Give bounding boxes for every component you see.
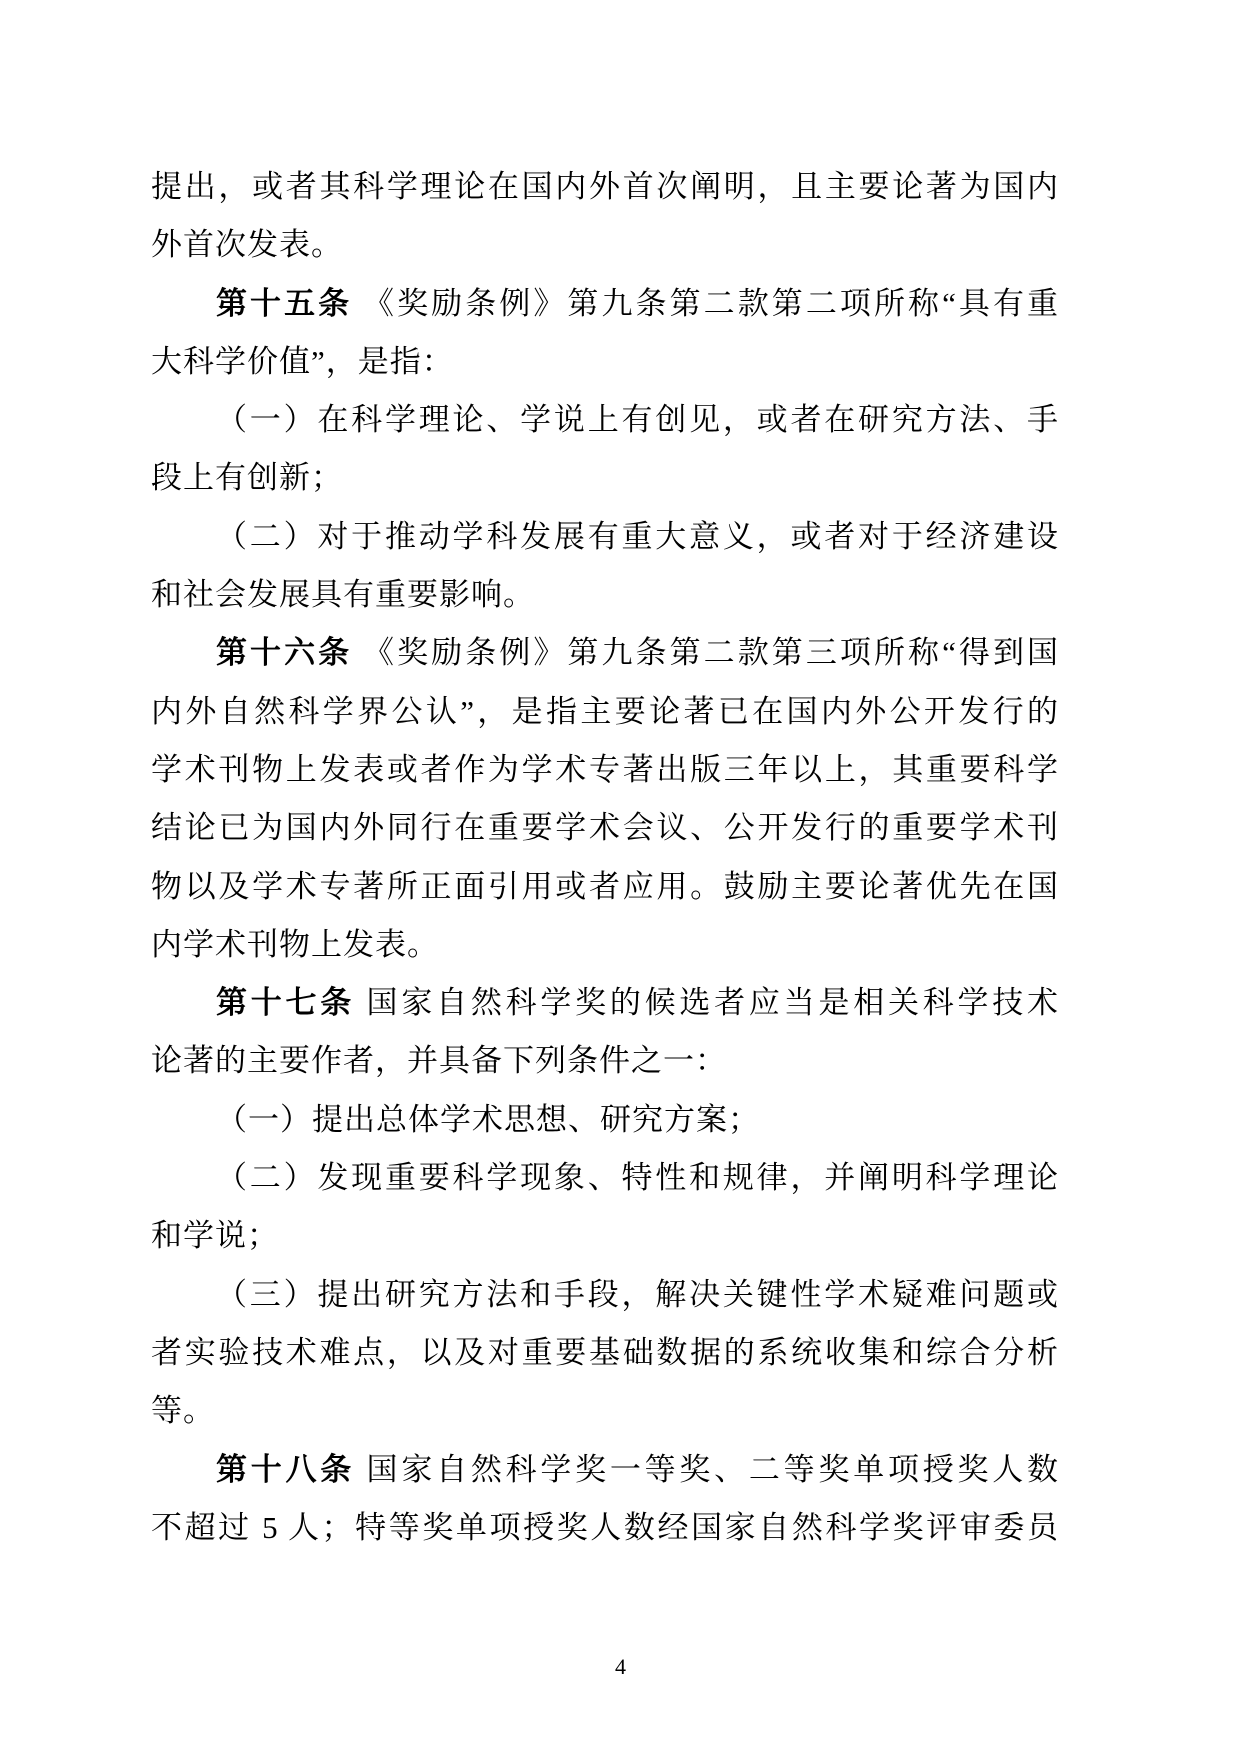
article-heading: 第十六条 [216,635,352,670]
text-line: 物以及学术专著所正面引用或者应用。鼓励主要论著优先在国 [151,858,1058,916]
text-line: （一）在科学理论、学说上有创见，或者在研究方法、手 [151,391,1058,449]
text-segment: 内学术刊物上发表。 [151,927,439,962]
text-line: 等。 [151,1382,1058,1440]
document-page: 提出，或者其科学理论在国内外首次阐明，且主要论著为国内外首次发表。第十五条 《奖… [0,0,1241,1754]
text-segment: 学术刊物上发表或者作为学术专著出版三年以上，其重要科学 [151,752,1058,787]
text-line: 和社会发展具有重要影响。 [151,566,1058,624]
article-heading: 第十七条 [216,985,355,1020]
text-segment: 者实验技术难点，以及对重要基础数据的系统收集和综合分析 [151,1335,1058,1370]
text-segment: （一）在科学理论、学说上有创见，或者在研究方法、手 [216,402,1058,437]
text-line: 学术刊物上发表或者作为学术专著出版三年以上，其重要科学 [151,741,1058,799]
text-segment: 提出，或者其科学理论在国内外首次阐明，且主要论著为国内 [151,169,1058,204]
text-segment: 不超过 5 人；特等奖单项授奖人数经国家自然科学奖评审委员 [151,1510,1058,1545]
text-segment: 《奖励条例》第九条第二款第三项所称“得到国 [352,635,1058,670]
text-line: 内学术刊物上发表。 [151,916,1058,974]
text-line: 第十七条 国家自然科学奖的候选者应当是相关科学技术 [151,974,1058,1032]
text-line: （二）发现重要科学现象、特性和规律，并阐明科学理论 [151,1149,1058,1207]
text-segment: 大科学价值”，是指： [151,344,454,379]
text-line: 大科学价值”，是指： [151,333,1058,391]
text-segment: 内外自然科学界公认”，是指主要论著已在国内外公开发行的 [151,694,1058,729]
page-number: 4 [0,1652,1241,1682]
document-body: 提出，或者其科学理论在国内外首次阐明，且主要论著为国内外首次发表。第十五条 《奖… [151,158,1058,1557]
text-line: 提出，或者其科学理论在国内外首次阐明，且主要论著为国内 [151,158,1058,216]
text-segment: 论著的主要作者，并具备下列条件之一： [151,1043,727,1078]
text-segment: （二）对于推动学科发展有重大意义，或者对于经济建设 [216,519,1058,554]
text-line: 和学说； [151,1207,1058,1265]
text-line: 不超过 5 人；特等奖单项授奖人数经国家自然科学奖评审委员 [151,1499,1058,1557]
text-line: 外首次发表。 [151,216,1058,274]
text-segment: 外首次发表。 [151,227,343,262]
text-line: 内外自然科学界公认”，是指主要论著已在国内外公开发行的 [151,683,1058,741]
text-line: 者实验技术难点，以及对重要基础数据的系统收集和综合分析 [151,1324,1058,1382]
text-segment: 结论已为国内外同行在重要学术会议、公开发行的重要学术刊 [151,810,1058,845]
text-line: 论著的主要作者，并具备下列条件之一： [151,1032,1058,1090]
text-segment: 物以及学术专著所正面引用或者应用。鼓励主要论著优先在国 [151,869,1058,904]
text-line: 第十八条 国家自然科学奖一等奖、二等奖单项授奖人数 [151,1441,1058,1499]
text-line: （三）提出研究方法和手段，解决关键性学术疑难问题或 [151,1266,1058,1324]
article-heading: 第十八条 [216,1452,355,1487]
text-line: （一）提出总体学术思想、研究方案； [151,1091,1058,1149]
text-line: 结论已为国内外同行在重要学术会议、公开发行的重要学术刊 [151,799,1058,857]
text-segment: 和学说； [151,1218,279,1253]
text-segment: 国家自然科学奖的候选者应当是相关科学技术 [355,985,1058,1020]
text-segment: 段上有创新； [151,460,343,495]
text-segment: （一）提出总体学术思想、研究方案； [216,1102,760,1137]
article-heading: 第十五条 [216,286,352,321]
text-segment: 等。 [151,1393,215,1428]
text-line: 第十五条 《奖励条例》第九条第二款第二项所称“具有重 [151,275,1058,333]
text-segment: 国家自然科学奖一等奖、二等奖单项授奖人数 [355,1452,1058,1487]
text-segment: （三）提出研究方法和手段，解决关键性学术疑难问题或 [216,1277,1058,1312]
text-segment: （二）发现重要科学现象、特性和规律，并阐明科学理论 [216,1160,1058,1195]
text-line: 第十六条 《奖励条例》第九条第二款第三项所称“得到国 [151,624,1058,682]
text-segment: 和社会发展具有重要影响。 [151,577,535,612]
text-segment: 《奖励条例》第九条第二款第二项所称“具有重 [352,286,1058,321]
text-line: （二）对于推动学科发展有重大意义，或者对于经济建设 [151,508,1058,566]
text-line: 段上有创新； [151,449,1058,507]
